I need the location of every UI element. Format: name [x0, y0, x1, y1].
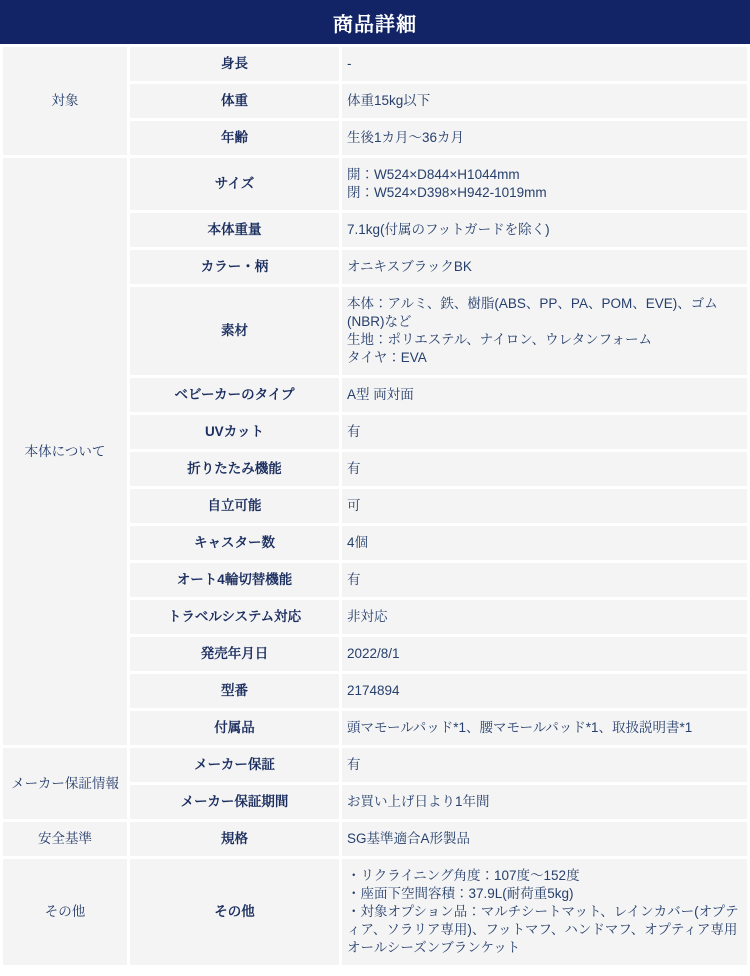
spec-label-cell: 本体重量 — [130, 213, 339, 247]
spec-row: 安全基準 規格 SG基準適合A形製品 — [3, 822, 747, 856]
spec-value-cell: オニキスブラックBK — [342, 250, 747, 284]
spec-value-cell: 有 — [342, 563, 747, 597]
category-cell-other: その他 — [3, 859, 127, 965]
spec-value-cell: 非対応 — [342, 600, 747, 634]
spec-label-cell: カラー・柄 — [130, 250, 339, 284]
spec-label-cell: 身長 — [130, 47, 339, 81]
spec-label-cell: 素材 — [130, 287, 339, 375]
spec-label-cell: メーカー保証 — [130, 748, 339, 782]
spec-value-cell: お買い上げ日より1年間 — [342, 785, 747, 819]
spec-label-cell: 付属品 — [130, 711, 339, 745]
product-spec-table: 対象 身長 - 体重 体重15kg以下 年齢 生後1カ月～36カ月 本体について… — [0, 44, 750, 968]
spec-label-cell: 自立可能 — [130, 489, 339, 523]
product-detail-header: 商品詳細 — [0, 0, 750, 44]
spec-row: メーカー保証情報 メーカー保証 有 — [3, 748, 747, 782]
product-detail-page: 商品詳細 対象 身長 - 体重 体重15kg以下 年齢 生後1カ月～36カ月 本… — [0, 0, 750, 968]
spec-value-cell: 本体：アルミ、鉄、樹脂(ABS、PP、PA、POM、EVE)、ゴム(NBR)など… — [342, 287, 747, 375]
spec-label-cell: 型番 — [130, 674, 339, 708]
spec-value-cell: 有 — [342, 748, 747, 782]
page-title: 商品詳細 — [333, 8, 417, 37]
spec-value-cell: 頭マモールパッド*1、腰マモールパッド*1、取扱説明書*1 — [342, 711, 747, 745]
spec-value-cell: 2022/8/1 — [342, 637, 747, 671]
spec-value-cell: A型 両対面 — [342, 378, 747, 412]
spec-value-cell: - — [342, 47, 747, 81]
spec-label-cell: 規格 — [130, 822, 339, 856]
spec-label-cell: トラベルシステム対応 — [130, 600, 339, 634]
spec-row: その他 その他 ・リクライニング角度：107度～152度 ・座面下空間容積：37… — [3, 859, 747, 965]
spec-value-cell: 体重15kg以下 — [342, 84, 747, 118]
spec-value-cell: ・リクライニング角度：107度～152度 ・座面下空間容積：37.9L(耐荷重5… — [342, 859, 747, 965]
spec-label-cell: キャスター数 — [130, 526, 339, 560]
spec-label-cell: 体重 — [130, 84, 339, 118]
spec-value-cell: 可 — [342, 489, 747, 523]
spec-label-cell: メーカー保証期間 — [130, 785, 339, 819]
spec-value-cell: SG基準適合A形製品 — [342, 822, 747, 856]
spec-label-cell: ベビーカーのタイプ — [130, 378, 339, 412]
category-cell-safety: 安全基準 — [3, 822, 127, 856]
spec-label-cell: その他 — [130, 859, 339, 965]
spec-value-cell: 4個 — [342, 526, 747, 560]
spec-value-cell: 開：W524×D844×H1044mm 閉：W524×D398×H942-101… — [342, 158, 747, 210]
spec-label-cell: サイズ — [130, 158, 339, 210]
spec-value-cell: 有 — [342, 452, 747, 486]
spec-row: 本体について サイズ 開：W524×D844×H1044mm 閉：W524×D3… — [3, 158, 747, 210]
category-cell-target: 対象 — [3, 47, 127, 155]
spec-label-cell: 折りたたみ機能 — [130, 452, 339, 486]
spec-label-cell: UVカット — [130, 415, 339, 449]
spec-value-cell: 生後1カ月～36カ月 — [342, 121, 747, 155]
category-cell-warranty: メーカー保証情報 — [3, 748, 127, 819]
spec-value-cell: 有 — [342, 415, 747, 449]
spec-value-cell: 7.1kg(付属のフットガードを除く) — [342, 213, 747, 247]
spec-label-cell: オート4輪切替機能 — [130, 563, 339, 597]
spec-row: 対象 身長 - — [3, 47, 747, 81]
spec-label-cell: 発売年月日 — [130, 637, 339, 671]
spec-label-cell: 年齢 — [130, 121, 339, 155]
spec-value-cell: 2174894 — [342, 674, 747, 708]
category-cell-body: 本体について — [3, 158, 127, 745]
